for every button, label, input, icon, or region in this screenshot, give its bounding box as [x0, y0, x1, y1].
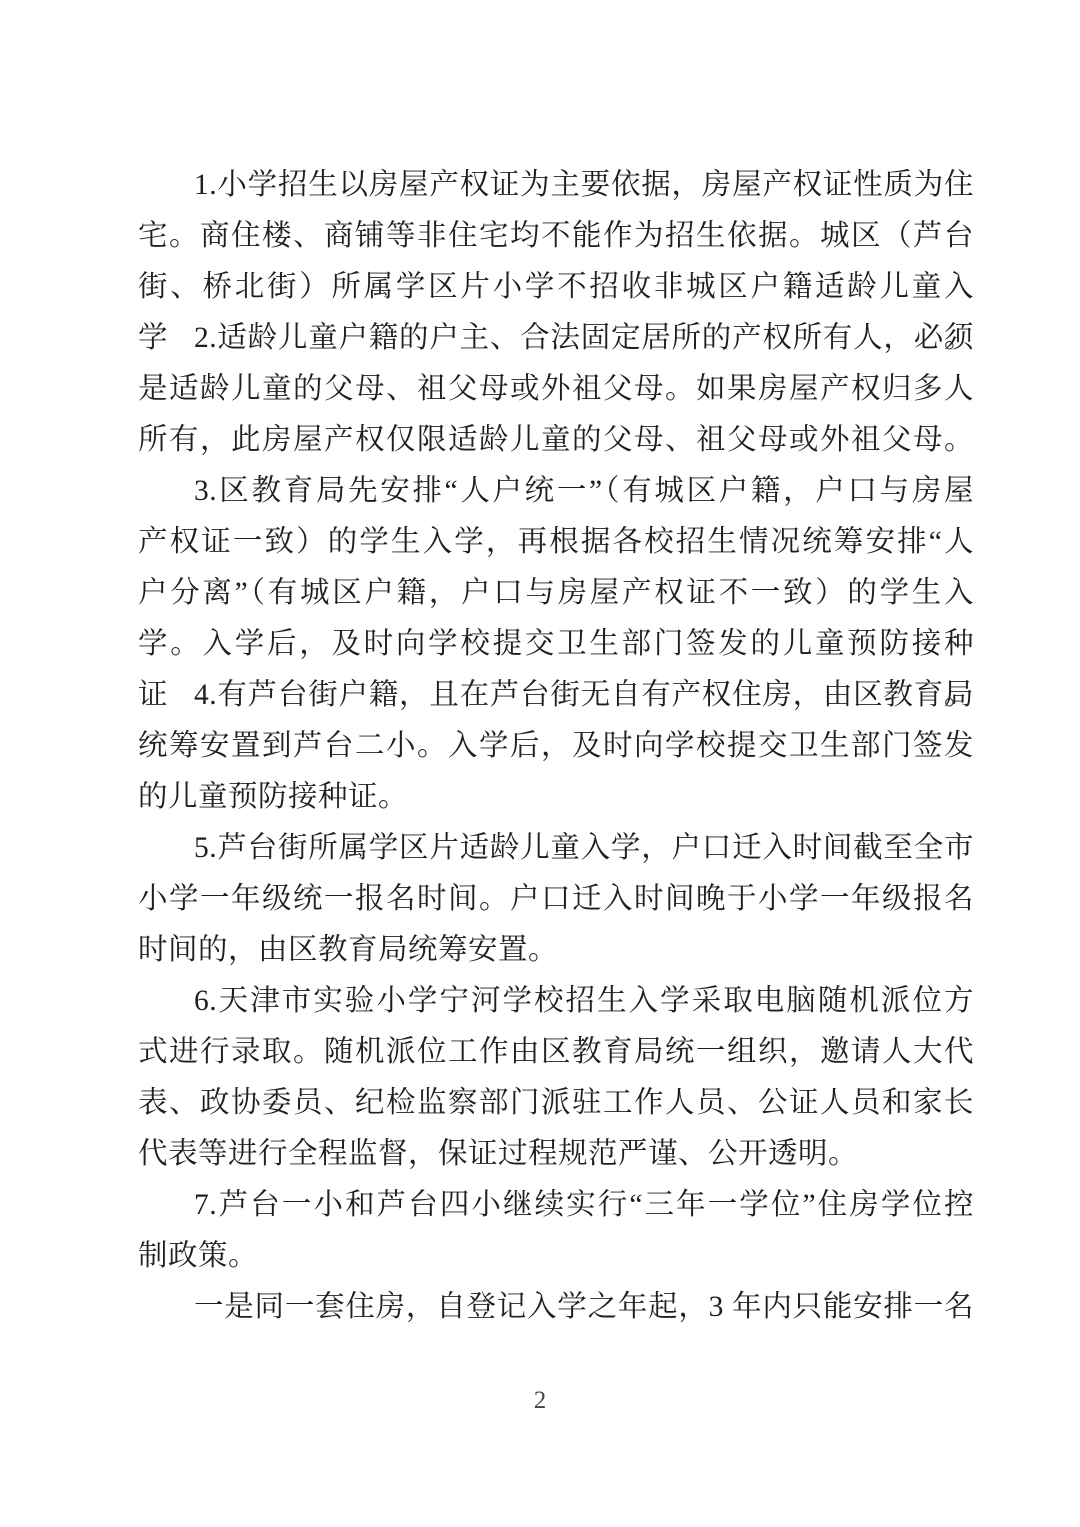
- text-line: 的儿童预防接种证。: [138, 772, 974, 823]
- text-line: 4.有芦台街户籍，且在芦台街无自有产权住房，由区教育局: [138, 670, 974, 721]
- text-line: 所有，此房屋产权仅限适龄儿童的父母、祖父母或外祖父母。: [138, 415, 974, 466]
- text-line: 表、政协委员、纪检监察部门派驻工作人员、公证人员和家长: [138, 1078, 974, 1129]
- text-line: 时间的，由区教育局统筹安置。: [138, 925, 974, 976]
- page-number: 2: [0, 1385, 1080, 1417]
- text-line: 6.天津市实验小学宁河学校招生入学采取电脑随机派位方: [138, 976, 974, 1027]
- text-line: 是适龄儿童的父母、祖父母或外祖父母。如果房屋产权归多人: [138, 364, 974, 415]
- text-line: 小学一年级统一报名时间。户口迁入时间晚于小学一年级报名: [138, 874, 974, 925]
- text-line: 学。入学后，及时向学校提交卫生部门签发的儿童预防接种证。: [138, 619, 974, 670]
- text-line: 1.小学招生以房屋产权证为主要依据，房屋产权证性质为住: [138, 160, 974, 211]
- text-line: 宅。商住楼、商铺等非住宅均不能作为招生依据。城区（芦台: [138, 211, 974, 262]
- document-body: 1.小学招生以房屋产权证为主要依据，房屋产权证性质为住 宅。商住楼、商铺等非住宅…: [138, 160, 974, 1333]
- text-line: 产权证一致）的学生入学，再根据各校招生情况统筹安排“人: [138, 517, 974, 568]
- text-line: 2.适龄儿童户籍的户主、合法固定居所的产权所有人，必须: [138, 313, 974, 364]
- text-line: 式进行录取。随机派位工作由区教育局统一组织，邀请人大代: [138, 1027, 974, 1078]
- text-line: 一是同一套住房，自登记入学之年起，3 年内只能安排一名: [138, 1282, 974, 1333]
- text-line: 代表等进行全程监督，保证过程规范严谨、公开透明。: [138, 1129, 974, 1180]
- text-line: 统筹安置到芦台二小。入学后，及时向学校提交卫生部门签发: [138, 721, 974, 772]
- text-line: 制政策。: [138, 1231, 974, 1282]
- text-line: 3.区教育局先安排“人户统一”（有城区户籍，户口与房屋: [138, 466, 974, 517]
- text-line: 5.芦台街所属学区片适龄儿童入学，户口迁入时间截至全市: [138, 823, 974, 874]
- text-line: 户分离”（有城区户籍，户口与房屋产权证不一致）的学生入: [138, 568, 974, 619]
- document-page: 1.小学招生以房屋产权证为主要依据，房屋产权证性质为住 宅。商住楼、商铺等非住宅…: [0, 0, 1080, 1527]
- text-line: 7.芦台一小和芦台四小继续实行“三年一学位”住房学位控: [138, 1180, 974, 1231]
- text-line: 街、桥北街）所属学区片小学不招收非城区户籍适龄儿童入学。: [138, 262, 974, 313]
